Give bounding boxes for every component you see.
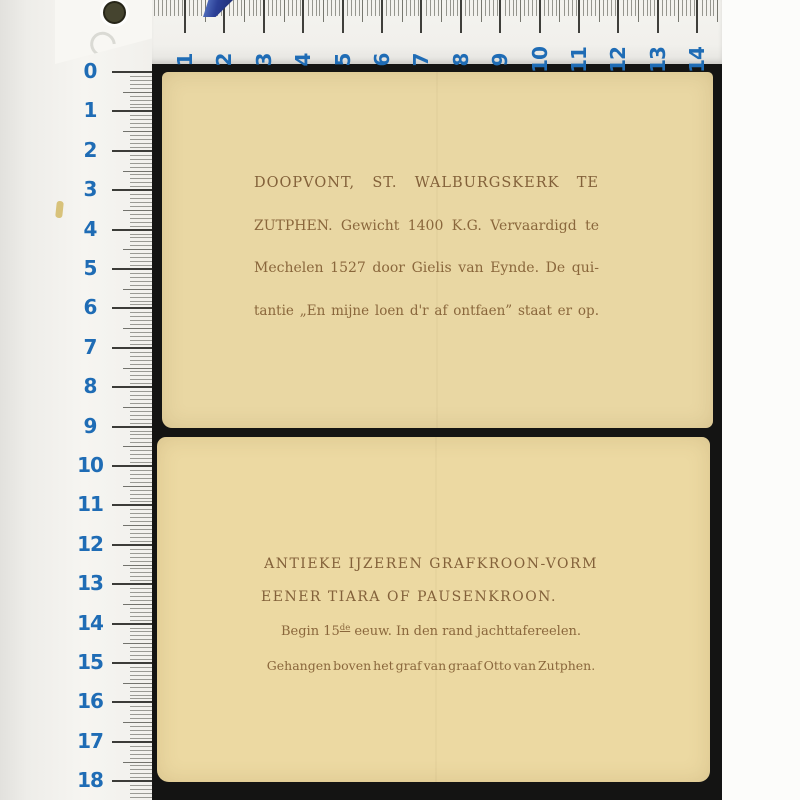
left-ruler-mm-tick — [130, 186, 152, 187]
top-ruler-mm-tick — [457, 0, 458, 16]
left-ruler-cm-tick — [112, 623, 152, 625]
top-ruler-mm-tick — [426, 0, 427, 16]
card-text-line: DOOPVONT, ST. WALBURGSKERK TE — [254, 175, 599, 191]
left-ruler-mm-tick — [130, 84, 152, 85]
left-ruler-mm-tick — [130, 462, 152, 463]
left-ruler-mm-tick — [130, 352, 152, 353]
left-ruler-cm-tick — [112, 662, 152, 664]
left-ruler-mm-tick — [130, 734, 152, 735]
left-ruler-mm-tick — [130, 726, 152, 727]
left-ruler-mm-tick — [130, 324, 152, 325]
left-ruler-mm-tick — [130, 364, 152, 365]
left-ruler-mm-tick — [130, 194, 152, 195]
top-ruler-mm-tick — [434, 0, 435, 16]
left-ruler-number: 15 — [70, 650, 110, 674]
left-ruler-mm-tick — [130, 442, 152, 443]
left-ruler-mm-tick — [130, 226, 152, 227]
photo-scene: 1234567891011121314 01234567891011121314… — [0, 0, 800, 800]
card-text-line: tantie „En mijne loen d'r af ontfaen” st… — [254, 303, 599, 319]
left-ruler-half-tick — [123, 643, 152, 644]
top-ruler-cm-tick — [381, 0, 383, 33]
left-ruler-mm-tick — [130, 423, 152, 424]
top-ruler-mm-tick — [351, 0, 352, 16]
left-ruler-mm-tick — [130, 572, 152, 573]
left-ruler-mm-tick — [130, 167, 152, 168]
left-ruler-half-tick — [123, 722, 152, 723]
left-ruler-mm-tick — [130, 494, 152, 495]
left-surface: 0123456789101112131415161718 — [0, 0, 152, 800]
top-ruler-half-tick — [599, 0, 600, 22]
left-ruler-cm-tick — [112, 701, 152, 703]
top-ruler-mm-tick — [406, 0, 407, 16]
left-ruler-mm-tick — [130, 332, 152, 333]
top-ruler-mm-tick — [469, 0, 470, 16]
left-ruler-mm-tick — [130, 301, 152, 302]
left-ruler-number: 7 — [70, 335, 110, 359]
top-ruler-mm-tick — [162, 0, 163, 16]
top-ruler-mm-tick — [292, 0, 293, 16]
left-ruler-cm-tick — [112, 583, 152, 585]
top-ruler-mm-tick — [453, 0, 454, 16]
top-ruler-mm-tick — [686, 0, 687, 16]
left-ruler-mm-tick — [130, 257, 152, 258]
left-ruler-number: 0 — [70, 59, 110, 83]
top-ruler-mm-tick — [166, 0, 167, 16]
top-ruler-mm-tick — [170, 0, 171, 16]
top-ruler-mm-tick — [319, 0, 320, 16]
top-ruler-mm-tick — [544, 0, 545, 16]
top-ruler-mm-tick — [595, 0, 596, 16]
left-ruler-mm-tick — [130, 316, 152, 317]
left-ruler-mm-tick — [130, 612, 152, 613]
left-ruler-half-tick — [123, 407, 152, 408]
top-ruler-mm-tick — [316, 0, 317, 16]
left-ruler-mm-tick — [130, 155, 152, 156]
left-ruler-mm-tick — [130, 596, 152, 597]
top-ruler-mm-tick — [548, 0, 549, 16]
left-ruler-half-tick — [123, 328, 152, 329]
top-ruler-mm-tick — [237, 0, 238, 16]
left-ruler-mm-tick — [130, 698, 152, 699]
top-ruler-mm-tick — [516, 0, 517, 16]
card-title-line: ANTIEKE IJZEREN GRAFKROON-VORM — [261, 556, 601, 572]
left-ruler-mm-tick — [130, 706, 152, 707]
top-ruler-half-tick — [678, 0, 679, 22]
top-ruler-mm-tick — [241, 0, 242, 16]
left-ruler-mm-tick — [130, 320, 152, 321]
left-ruler-number: 10 — [70, 453, 110, 477]
left-ruler-half-tick — [123, 565, 152, 566]
top-ruler-half-tick — [520, 0, 521, 22]
top-ruler-half-tick — [441, 0, 442, 22]
left-ruler-half-tick — [123, 683, 152, 684]
left-ruler-mm-tick — [130, 651, 152, 652]
left-ruler-cm-tick — [112, 426, 152, 428]
left-ruler-mm-tick — [130, 241, 152, 242]
left-ruler-number: 13 — [70, 571, 110, 595]
top-ruler-mm-tick — [666, 0, 667, 16]
left-ruler-mm-tick — [130, 797, 152, 798]
top-ruler-mm-tick — [410, 0, 411, 16]
left-ruler-mm-tick — [130, 498, 152, 499]
top-ruler-mm-tick — [710, 0, 711, 16]
top-ruler-mm-tick — [182, 0, 183, 16]
top-ruler-mm-tick — [327, 0, 328, 16]
left-ruler-number: 3 — [70, 177, 110, 201]
left-ruler-mm-tick — [130, 415, 152, 416]
top-ruler-half-tick — [717, 0, 718, 22]
left-ruler-number: 14 — [70, 611, 110, 635]
left-ruler-mm-tick — [130, 675, 152, 676]
left-ruler-number: 8 — [70, 374, 110, 398]
top-ruler-mm-tick — [256, 0, 257, 16]
top-ruler-mm-tick — [280, 0, 281, 16]
left-ruler-mm-tick — [130, 104, 152, 105]
top-ruler-mm-tick — [583, 0, 584, 16]
top-ruler-mm-tick — [556, 0, 557, 16]
left-ruler-mm-tick — [130, 730, 152, 731]
left-ruler-mm-tick — [130, 202, 152, 203]
left-ruler-number: 11 — [70, 492, 110, 516]
top-ruler-mm-tick — [513, 0, 514, 16]
top-ruler-mm-tick — [662, 0, 663, 16]
top-ruler-half-tick — [284, 0, 285, 22]
left-ruler-mm-tick — [130, 478, 152, 479]
top-ruler-mm-tick — [670, 0, 671, 16]
left-ruler-mm-tick — [130, 139, 152, 140]
top-ruler-mm-tick — [607, 0, 608, 16]
left-ruler-mm-tick — [130, 163, 152, 164]
left-ruler-mm-tick — [130, 765, 152, 766]
left-ruler-mm-tick — [130, 647, 152, 648]
top-ruler-mm-tick — [300, 0, 301, 16]
left-ruler-mm-tick — [130, 304, 152, 305]
caption-card-grafkroon: ANTIEKE IJZEREN GRAFKROON-VORM EENER TIA… — [157, 437, 710, 782]
top-ruler-mm-tick — [635, 0, 636, 16]
left-ruler-mm-tick — [130, 340, 152, 341]
left-ruler-mm-tick — [130, 214, 152, 215]
top-ruler-mm-tick — [276, 0, 277, 16]
top-ruler-mm-tick — [268, 0, 269, 16]
left-ruler-mm-tick — [130, 513, 152, 514]
top-ruler-mm-tick — [631, 0, 632, 16]
top-ruler-cm-tick — [263, 0, 265, 33]
card-text-segment: eeuw. In den rand jachttafereelen. — [350, 624, 581, 639]
top-ruler-mm-tick — [386, 0, 387, 16]
left-ruler-mm-tick — [130, 383, 152, 384]
left-ruler-number: 4 — [70, 217, 110, 241]
left-ruler-cm-tick — [112, 229, 152, 231]
left-ruler-half-tick — [123, 92, 152, 93]
top-ruler-mm-tick — [272, 0, 273, 16]
left-ruler-mm-tick — [130, 671, 152, 672]
left-ruler-mm-tick — [130, 576, 152, 577]
caption-card-doopvont: DOOPVONT, ST. WALBURGSKERK TE ZUTPHEN. G… — [162, 72, 713, 428]
top-ruler-mm-tick — [627, 0, 628, 16]
left-ruler-mm-tick — [130, 344, 152, 345]
top-ruler-half-tick — [402, 0, 403, 22]
left-ruler-mm-tick — [130, 80, 152, 81]
left-ruler-number: 5 — [70, 256, 110, 280]
top-ruler-mm-tick — [650, 0, 651, 16]
top-ruler-mm-tick — [603, 0, 604, 16]
top-ruler-cm-tick — [499, 0, 501, 33]
top-ruler-mm-tick — [233, 0, 234, 16]
top-ruler-mm-tick — [375, 0, 376, 16]
left-ruler-half-tick — [123, 486, 152, 487]
top-ruler-mm-tick — [473, 0, 474, 16]
top-ruler-mm-tick — [694, 0, 695, 16]
left-ruler-mm-tick — [130, 395, 152, 396]
left-ruler-mm-tick — [130, 541, 152, 542]
left-ruler-mm-tick — [130, 261, 152, 262]
top-ruler-half-tick — [362, 0, 363, 22]
left-ruler-mm-tick — [130, 431, 152, 432]
left-ruler-mm-tick — [130, 159, 152, 160]
top-ruler-mm-tick — [347, 0, 348, 16]
left-ruler-mm-tick — [130, 482, 152, 483]
left-ruler-mm-tick — [130, 234, 152, 235]
left-ruler-mm-tick — [130, 135, 152, 136]
left-ruler-mm-tick — [130, 336, 152, 337]
left-ruler-mm-tick — [130, 312, 152, 313]
left-ruler-mm-tick — [130, 174, 152, 175]
left-ruler-mm-tick — [130, 391, 152, 392]
card-title-line: EENER TIARA OF PAUSENKROON. — [261, 589, 601, 605]
top-ruler-mm-tick — [312, 0, 313, 16]
top-ruler-cm-tick — [578, 0, 580, 33]
left-ruler-mm-tick — [130, 115, 152, 116]
left-ruler-mm-tick — [130, 119, 152, 120]
left-ruler-mm-tick — [130, 96, 152, 97]
left-ruler-mm-tick — [130, 509, 152, 510]
left-ruler-mm-tick — [130, 553, 152, 554]
top-ruler-mm-tick — [587, 0, 588, 16]
left-ruler-mm-tick — [130, 710, 152, 711]
top-ruler-mm-tick — [355, 0, 356, 16]
left-ruler-mm-tick — [130, 568, 152, 569]
top-ruler-mm-tick — [524, 0, 525, 16]
left-ruler-mm-tick — [130, 628, 152, 629]
left-ruler-cm-tick — [112, 307, 152, 309]
top-ruler-mm-tick — [564, 0, 565, 16]
top-ruler-half-tick — [481, 0, 482, 22]
top-ruler-mm-tick — [465, 0, 466, 16]
left-ruler-cm-tick — [112, 465, 152, 467]
left-ruler-mm-tick — [130, 107, 152, 108]
top-ruler-mm-tick — [572, 0, 573, 16]
left-ruler-mm-tick — [130, 293, 152, 294]
top-ruler-mm-tick — [335, 0, 336, 16]
top-ruler-mm-tick — [485, 0, 486, 16]
left-ruler-cm-tick — [112, 110, 152, 112]
top-ruler-cm-tick — [420, 0, 422, 33]
left-ruler-number: 17 — [70, 729, 110, 753]
left-ruler-number: 18 — [70, 768, 110, 792]
top-ruler-mm-tick — [379, 0, 380, 16]
top-ruler-mm-tick — [201, 0, 202, 16]
left-ruler-mm-tick — [130, 620, 152, 621]
top-ruler-mm-tick — [623, 0, 624, 16]
top-ruler-mm-tick — [438, 0, 439, 16]
left-ruler-mm-tick — [130, 438, 152, 439]
left-ruler-mm-tick — [130, 277, 152, 278]
top-ruler-mm-tick — [398, 0, 399, 16]
left-ruler-mm-tick — [130, 458, 152, 459]
left-ruler-mm-tick — [130, 88, 152, 89]
left-ruler-mm-tick — [130, 773, 152, 774]
top-ruler-cm-tick — [460, 0, 462, 33]
top-ruler-mm-tick — [591, 0, 592, 16]
card-text-line: ZUTPHEN. Gewicht 1400 K.G. Vervaardigd t… — [254, 218, 599, 234]
left-ruler-number: 9 — [70, 414, 110, 438]
left-ruler-mm-tick — [130, 608, 152, 609]
top-ruler-mm-tick — [197, 0, 198, 16]
top-ruler-mm-tick — [253, 0, 254, 16]
left-ruler-mm-tick — [130, 714, 152, 715]
left-ruler-mm-tick — [130, 631, 152, 632]
top-ruler-cm-tick — [657, 0, 659, 33]
left-ruler-half-tick — [123, 249, 152, 250]
card-crease — [436, 72, 438, 428]
top-ruler-half-tick — [323, 0, 324, 22]
top-ruler-mm-tick — [497, 0, 498, 16]
left-ruler-mm-tick — [130, 691, 152, 692]
left-ruler-mm-tick — [130, 667, 152, 668]
left-ruler-mm-tick — [130, 182, 152, 183]
left-ruler-mm-tick — [130, 718, 152, 719]
top-ruler-mm-tick — [158, 0, 159, 16]
left-ruler-mm-tick — [130, 616, 152, 617]
top-ruler-mm-tick — [493, 0, 494, 16]
ordinal-superscript: de — [340, 623, 350, 633]
left-ruler-mm-tick — [130, 549, 152, 550]
top-ruler-mm-tick — [174, 0, 175, 16]
left-ruler-mm-tick — [130, 371, 152, 372]
card-text-line: Begin 15de eeuw. In den rand jachttafere… — [261, 623, 601, 639]
left-ruler-half-tick — [123, 171, 152, 172]
left-ruler-half-tick — [123, 762, 152, 763]
top-ruler-mm-tick — [532, 0, 533, 16]
left-ruler-mm-tick — [130, 76, 152, 77]
card-text-line: Mechelen 1527 door Gielis van Eynde. De … — [254, 260, 599, 276]
card-crease — [435, 437, 437, 782]
top-ruler-mm-tick — [654, 0, 655, 16]
left-ruler-half-tick — [123, 210, 152, 211]
left-ruler-mm-tick — [130, 750, 152, 751]
left-ruler-mm-tick — [130, 639, 152, 640]
left-ruler-mm-tick — [130, 450, 152, 451]
top-ruler: 1234567891011121314 — [150, 0, 722, 64]
left-ruler-number: 1 — [70, 98, 110, 122]
top-ruler-mm-tick — [706, 0, 707, 16]
left-ruler-mm-tick — [130, 580, 152, 581]
top-ruler-mm-tick — [390, 0, 391, 16]
left-ruler-mm-tick — [130, 758, 152, 759]
top-ruler-mm-tick — [552, 0, 553, 16]
left-ruler-mm-tick — [130, 206, 152, 207]
left-ruler-mm-tick — [130, 265, 152, 266]
left-ruler-mm-tick — [130, 746, 152, 747]
left-ruler-half-tick — [123, 131, 152, 132]
top-ruler-half-tick — [559, 0, 560, 22]
top-ruler-mm-tick — [643, 0, 644, 16]
left-ruler-mm-tick — [130, 659, 152, 660]
top-ruler-mm-tick — [418, 0, 419, 16]
left-ruler-mm-tick — [130, 245, 152, 246]
left-ruler-mm-tick — [130, 434, 152, 435]
left-ruler-mm-tick — [130, 147, 152, 148]
left-ruler-half-tick — [123, 368, 152, 369]
top-ruler-mm-tick — [331, 0, 332, 16]
left-ruler-mm-tick — [130, 793, 152, 794]
left-ruler-mm-tick — [130, 356, 152, 357]
top-ruler-mm-tick — [690, 0, 691, 16]
left-ruler-half-tick — [123, 446, 152, 447]
left-ruler-mm-tick — [130, 198, 152, 199]
top-ruler-cm-tick — [539, 0, 541, 33]
top-ruler-mm-tick — [288, 0, 289, 16]
paint-chip — [55, 201, 64, 219]
top-ruler-cm-tick — [617, 0, 619, 33]
top-ruler-mm-tick — [682, 0, 683, 16]
left-ruler-cm-tick — [112, 780, 152, 782]
left-ruler-mm-tick — [130, 738, 152, 739]
left-ruler-mm-tick — [130, 588, 152, 589]
left-ruler-cm-tick — [112, 386, 152, 388]
left-ruler-half-tick — [123, 604, 152, 605]
left-ruler-mm-tick — [130, 537, 152, 538]
left-ruler-mm-tick — [130, 143, 152, 144]
top-ruler-half-tick — [244, 0, 245, 22]
left-ruler-mm-tick — [130, 679, 152, 680]
left-ruler-mm-tick — [130, 754, 152, 755]
card-text-line: Gehangen boven het graf van graaf Otto v… — [261, 658, 601, 673]
left-ruler-mm-tick — [130, 123, 152, 124]
top-ruler-mm-tick — [702, 0, 703, 16]
top-ruler-mm-tick — [296, 0, 297, 16]
top-ruler-mm-tick — [446, 0, 447, 16]
left-ruler-number: 12 — [70, 532, 110, 556]
left-ruler-mm-tick — [130, 379, 152, 380]
left-ruler-mm-tick — [130, 655, 152, 656]
left-ruler-cm-tick — [112, 741, 152, 743]
left-ruler-cm-tick — [112, 189, 152, 191]
left-ruler-mm-tick — [130, 789, 152, 790]
left-ruler-mm-tick — [130, 297, 152, 298]
left-ruler-cm-tick — [112, 268, 152, 270]
left-ruler-mm-tick — [130, 501, 152, 502]
left-ruler-mm-tick — [130, 281, 152, 282]
left-ruler-number: 16 — [70, 689, 110, 713]
left-ruler-mm-tick — [130, 454, 152, 455]
top-ruler-mm-tick — [371, 0, 372, 16]
top-ruler-mm-tick — [528, 0, 529, 16]
left-ruler-mm-tick — [130, 470, 152, 471]
left-ruler-mm-tick — [130, 375, 152, 376]
top-ruler-half-tick — [638, 0, 639, 22]
left-ruler-mm-tick — [130, 100, 152, 101]
left-ruler-half-tick — [123, 525, 152, 526]
hole-punched-card — [55, 0, 152, 64]
top-ruler-mm-tick — [189, 0, 190, 16]
top-ruler-mm-tick — [430, 0, 431, 16]
top-ruler-mm-tick — [414, 0, 415, 16]
left-ruler-mm-tick — [130, 687, 152, 688]
top-ruler-mm-tick — [394, 0, 395, 16]
left-ruler-mm-tick — [130, 561, 152, 562]
left-ruler-mm-tick — [130, 474, 152, 475]
